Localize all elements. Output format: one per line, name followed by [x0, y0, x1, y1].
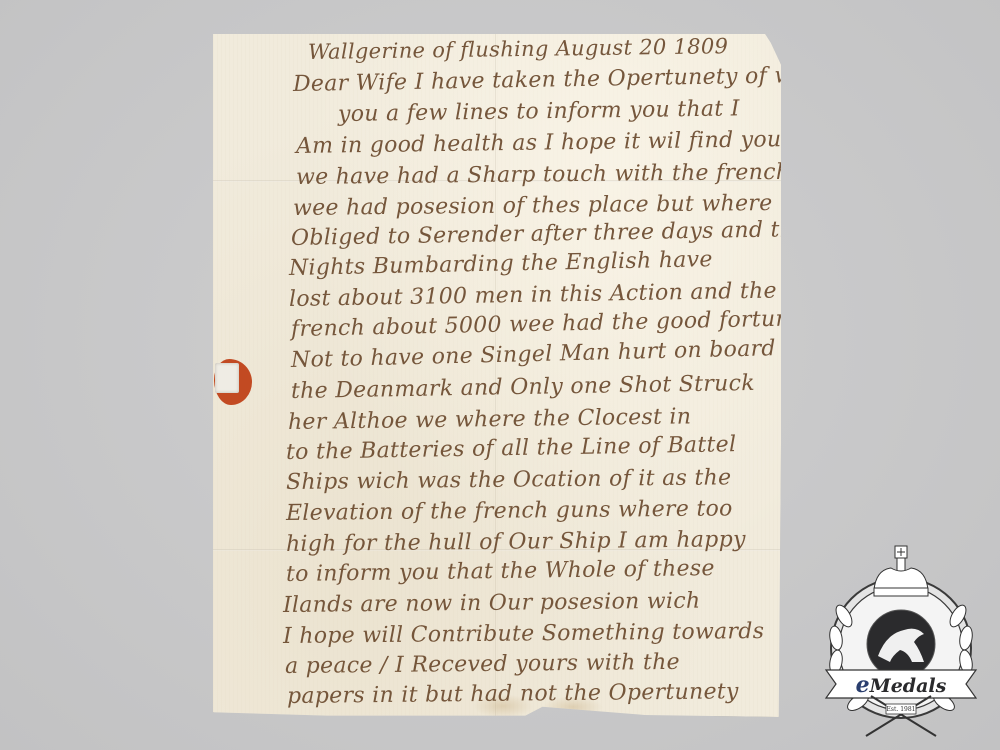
established-text: Est. 1981: [816, 706, 986, 713]
letter-line: Am in good health as I hope it wil find …: [296, 127, 782, 159]
letter-line: we have had a Sharp touch with the frenc…: [296, 160, 791, 190]
emedals-brand-text: eMedals: [816, 672, 986, 698]
handwritten-letter: Wallgerine of flushing August 20 1809 De…: [213, 34, 781, 717]
letter-line: papers in it but had not the Opertunety: [287, 679, 739, 709]
brand-prefix: e: [856, 672, 870, 698]
letter-line: to the Batteries of all the Line of Batt…: [286, 432, 737, 465]
letter-line: her Althoe we where the Clocest in: [288, 404, 692, 435]
letter-text: Wallgerine of flushing August 20 1809 De…: [213, 34, 781, 717]
letter-line: lost about 3100 men in this Action and t…: [289, 278, 777, 312]
letter-line: you a few lines to inform you that I: [338, 96, 740, 127]
letter-line: Dear Wife I have taken the Opertunety of…: [293, 62, 857, 97]
letter-line: Not to have one Singel Man hurt on board: [291, 336, 776, 373]
letter-line: high for the hull of Our Ship I am happy: [286, 527, 746, 557]
emedals-watermark-logo: eMedals Est. 1981: [816, 538, 986, 738]
letter-line: Ships wich was the Ocation of it as the: [286, 465, 732, 495]
letter-line: to inform you that the Whole of these: [286, 556, 715, 587]
letter-heading: Wallgerine of flushing August 20 1809: [308, 34, 729, 64]
letter-line: Obliged to Serender after three days and…: [291, 217, 832, 251]
letter-line: a peace / I Receved yours with the: [285, 650, 680, 679]
letter-line: wee had posesion of thes place but where: [293, 191, 773, 221]
brand-name: Medals: [870, 675, 947, 697]
letter-line: Ilands are now in Our posesion wich: [283, 589, 701, 618]
letter-line: I hope will Contribute Something towards: [283, 619, 765, 649]
letter-line: the Deanmark and Only one Shot Struck: [291, 371, 755, 404]
letter-line: Nights Bumbarding the English have: [289, 247, 713, 281]
letter-line: Elevation of the french guns where too: [286, 496, 733, 526]
